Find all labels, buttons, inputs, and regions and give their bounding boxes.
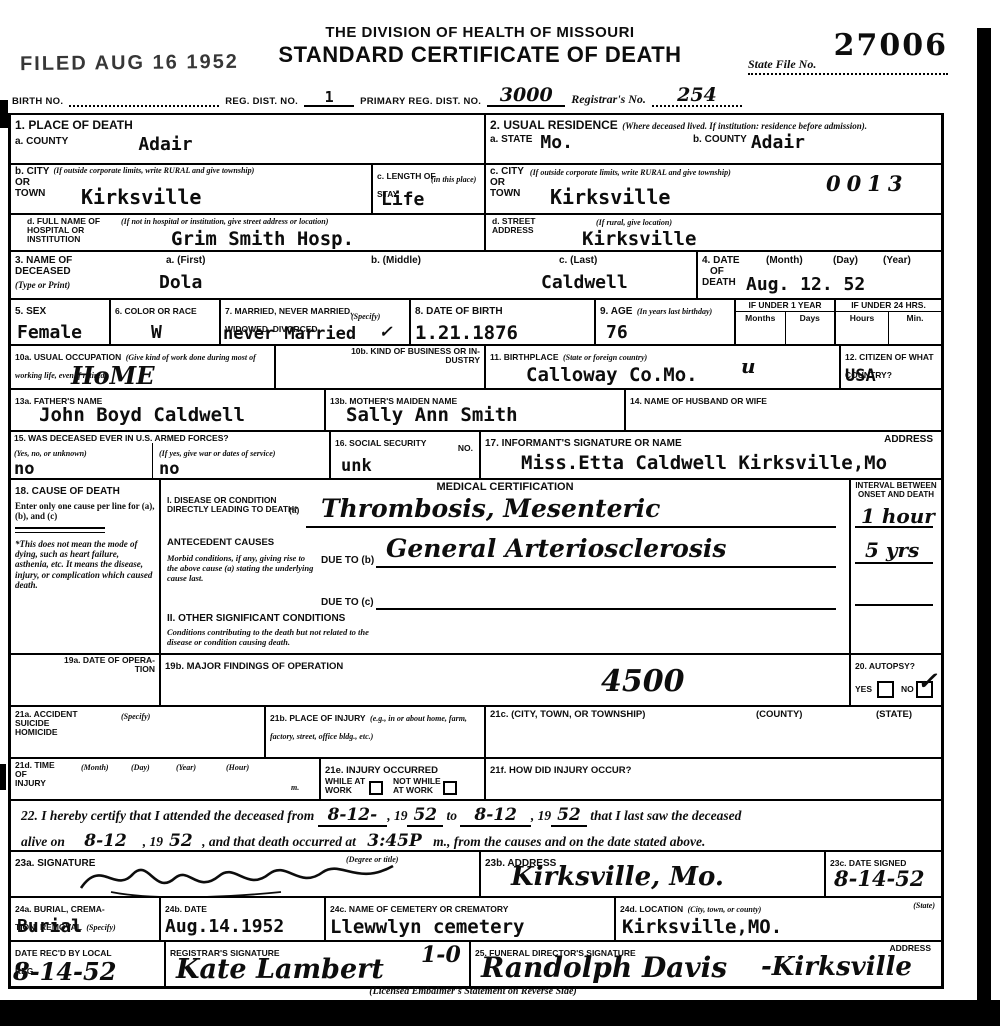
certify-y1: 52 xyxy=(407,805,443,827)
county-label: a. COUNTY xyxy=(15,136,68,154)
cause-note1: Enter only one cause per line for (a), (… xyxy=(15,501,155,522)
injury-hour-label: (Hour) xyxy=(226,763,249,772)
dod-value: Aug. 12. 52 xyxy=(746,276,865,294)
under-1yr-header: IF UNDER 1 YEAR xyxy=(736,300,834,312)
date-received-value: 8-14-52 xyxy=(13,960,116,984)
field-interval: INTERVAL BETWEEN ONSET AND DEATH 1 hour … xyxy=(851,480,941,653)
row-parents-spouse: 13a. FATHER'S NAME John Boyd Caldwell 13… xyxy=(11,390,941,432)
certify-y2: 52 xyxy=(551,805,587,827)
divider xyxy=(15,527,105,533)
certify-to-word: to xyxy=(446,808,457,823)
field-burial-type: 24a. BURIAL, CREMA- TION, REMOVAL (Speci… xyxy=(11,898,161,940)
dod-label-3: DEATH xyxy=(702,277,736,288)
first-name-label: a. (First) xyxy=(166,255,205,266)
field-date-signed: 23c. DATE SIGNED 8-14-52 xyxy=(826,852,941,896)
county-value: Adair xyxy=(138,136,192,154)
row-certify-statement: 22. I hereby certify that I attended the… xyxy=(11,801,941,852)
field-physician-address: 23b. ADDRESS Kirksville, Mo. xyxy=(481,852,826,896)
row-occupation-birthplace: 10a. USUAL OCCUPATION (Give kind of work… xyxy=(11,346,941,390)
sex-value: Female xyxy=(17,324,82,342)
field-sex: 5. SEX Female xyxy=(11,300,111,344)
field-ssn: 16. SOCIAL SECURITY NO. unk xyxy=(331,432,481,478)
accident-note: (Specify) xyxy=(121,712,150,721)
physician-address-value: Kirksville, Mo. xyxy=(511,864,724,890)
field-date-of-operation: 19a. DATE OF OPERA- TION xyxy=(11,655,161,705)
field-place-of-death-county: 1. PLACE OF DEATH a. COUNTY Adair xyxy=(11,115,486,163)
location-state-note: (State) xyxy=(913,901,935,910)
scan-bottom-bar xyxy=(0,1000,1000,1026)
scan-right-bar xyxy=(977,28,991,1000)
funeral-director-address-value: -Kirksville xyxy=(761,954,912,980)
birthplace-value: Calloway Co.Mo. xyxy=(526,366,698,385)
registrar-signature-value: Kate Lambert xyxy=(176,956,384,983)
dod-col-day: (Day) xyxy=(833,255,858,266)
row-hospital-street: d. FULL NAME OF HOSPITAL OR INSTITUTION … xyxy=(11,215,941,252)
while-at-work-label: WHILE AT WORK xyxy=(325,777,365,795)
field-physician-signature: 23a. SIGNATURE (Degree or title) xyxy=(11,852,481,896)
father-value: John Boyd Caldwell xyxy=(39,406,245,425)
dob-value: 1.21.1876 xyxy=(415,324,518,343)
name-label: 3. NAME OF DECEASED xyxy=(15,255,72,277)
injury-day-label: (Day) xyxy=(131,763,150,772)
state-label: a. STATE xyxy=(490,134,532,152)
name-sub-note: (Type or Print) xyxy=(15,280,70,290)
armed-forces-note1: (Yes, no, or unknown) xyxy=(14,449,87,458)
mother-value: Sally Ann Smith xyxy=(346,406,518,425)
injury-city-label: 21c. (CITY, TOWN, OR TOWNSHIP) xyxy=(490,710,645,720)
certify-ypre3: , 19 xyxy=(143,834,163,849)
location-label: 24d. LOCATION xyxy=(620,904,683,914)
certify-from-value: 8-12- xyxy=(318,805,388,827)
dod-col-year: (Year) xyxy=(883,255,911,266)
filed-stamp: FILED AUG 16 1952 xyxy=(20,51,239,76)
field-age: 9. AGE (In years last birthday) 76 xyxy=(596,300,736,344)
row-name-dod: 3. NAME OF DECEASED (Type or Print) a. (… xyxy=(11,252,941,300)
checkmark-icon: ✓ xyxy=(379,324,392,340)
burial-date-value: Aug.14.1952 xyxy=(165,918,284,936)
armed-forces-label: 15. WAS DECEASED EVER IN U.S. ARMED FORC… xyxy=(11,432,329,443)
due-to-b-value: General Arteriosclerosis xyxy=(386,536,726,561)
spouse-label: 14. NAME OF HUSBAND OR WIFE xyxy=(630,396,767,406)
autopsy-yes-checkbox xyxy=(877,681,894,698)
informant-value: Miss.Etta Caldwell Kirksville,Mo xyxy=(521,454,887,473)
due-to-c-line xyxy=(376,588,836,610)
field-date-of-death: 4. DATE OF DEATH (Month) (Day) (Year) Au… xyxy=(698,252,941,298)
row-time-injury: 21d. TIME OF INJURY (Month) (Day) (Year)… xyxy=(11,759,941,801)
days-label: Days xyxy=(786,312,835,344)
disease-label: I. DISEASE OR CONDITION DIRECTLY LEADING… xyxy=(167,496,298,514)
certify-to-value: 8-12 xyxy=(460,805,531,827)
ssn-label: 16. SOCIAL SECURITY xyxy=(335,438,426,448)
row-burial: 24a. BURIAL, CREMA- TION, REMOVAL (Speci… xyxy=(11,898,941,942)
registrar-notation: 1-0 xyxy=(421,944,461,966)
pen-mark: u xyxy=(741,356,756,376)
autopsy-label: 20. AUTOPSY? xyxy=(855,661,915,671)
primary-reg-label: PRIMARY REG. DIST. NO. xyxy=(360,96,481,107)
cemetery-value: Llewwlyn cemetery xyxy=(330,918,524,937)
row-place-residence-2: b. CITY OR TOWN (If outside corporate li… xyxy=(11,165,941,215)
field-cemetery-location: 24d. LOCATION (City, town, or county) (S… xyxy=(616,898,941,940)
hospital-value: Grim Smith Hosp. xyxy=(171,230,354,249)
first-name-value: Dola xyxy=(159,274,202,292)
state-file-block: 27006 State File No. xyxy=(748,28,948,75)
age-value: 76 xyxy=(606,324,628,342)
interval-b-line xyxy=(855,546,933,564)
armed-forces-value2: no xyxy=(159,461,275,478)
field-hospital-name: d. FULL NAME OF HOSPITAL OR INSTITUTION … xyxy=(11,215,486,250)
dod-label-2: OF xyxy=(710,266,724,277)
informant-label: 17. INFORMANT'S SIGNATURE OR NAME xyxy=(485,438,682,449)
field-medical-certification: MEDICAL CERTIFICATION I. DISEASE OR COND… xyxy=(161,480,851,653)
marital-note: (Specify) xyxy=(351,312,380,321)
business-label: 10b. KIND OF BUSINESS OR IN- DUSTRY xyxy=(280,347,480,365)
hours-label: Hours xyxy=(836,312,889,344)
months-label: Months xyxy=(736,312,786,344)
field-street-address: d. STREET ADDRESS (If rural, give locati… xyxy=(486,215,941,250)
physician-signature xyxy=(71,856,401,896)
autopsy-checkmark-icon: ✓ xyxy=(917,669,937,693)
race-label: 6. COLOR OR RACE xyxy=(115,306,197,316)
location-note: (City, town, or county) xyxy=(688,905,762,914)
row-forces-ssn-informant: 15. WAS DECEASED EVER IN U.S. ARMED FORC… xyxy=(11,432,941,480)
certify-y3: 52 xyxy=(163,831,199,850)
due-to-c-label: DUE TO (c) xyxy=(321,598,374,609)
antecedent-note: Morbid conditions, if any, giving rise t… xyxy=(167,554,317,583)
field-date-received: DATE REC'D BY LOCAL REG. 8-14-52 xyxy=(11,942,166,986)
age-note: (In years last birthday) xyxy=(637,307,712,316)
last-name-label: c. (Last) xyxy=(559,255,597,266)
field-autopsy: 20. AUTOPSY? YES NO ✓ xyxy=(851,655,941,705)
field-spouse-name: 14. NAME OF HUSBAND OR WIFE xyxy=(626,390,941,430)
certify-time-value: 3:45P xyxy=(359,831,430,850)
title-line2: STANDARD CERTIFICATE OF DEATH xyxy=(250,42,710,68)
field-injury-city-county-state: 21c. (CITY, TOWN, OR TOWNSHIP) (COUNTY) … xyxy=(486,707,941,757)
accident-label: 21a. ACCIDENT SUICIDE HOMICIDE xyxy=(15,710,78,738)
street-address-label: d. STREET ADDRESS xyxy=(492,217,535,235)
injury-month-label: (Month) xyxy=(81,763,109,772)
res-county-label: b. COUNTY xyxy=(693,134,747,152)
scan-left-mark-top xyxy=(0,100,8,128)
length-of-stay-note: (in this place) xyxy=(431,175,476,184)
hospital-note: (If not in hospital or institution, give… xyxy=(121,217,328,226)
sex-label: 5. SEX xyxy=(15,306,46,317)
field-armed-forces: 15. WAS DECEASED EVER IN U.S. ARMED FORC… xyxy=(11,432,331,478)
state-value: Mo. xyxy=(540,134,573,152)
field-place-city: b. CITY OR TOWN (If outside corporate li… xyxy=(11,165,373,213)
place-of-death-title: 1. PLACE OF DEATH xyxy=(15,118,133,132)
medical-certification-title: MEDICAL CERTIFICATION xyxy=(165,481,845,493)
dod-col-month: (Month) xyxy=(766,255,803,266)
field-major-findings: 19b. MAJOR FINDINGS OF OPERATION 4500 xyxy=(161,655,851,705)
usual-residence-title: 2. USUAL RESIDENCE xyxy=(490,118,618,132)
how-injury-label: 21f. HOW DID INJURY OCCUR? xyxy=(490,765,631,776)
under-24hrs-header: IF UNDER 24 HRS. xyxy=(836,300,941,312)
not-while-at-work-label: NOT WHILE AT WORK xyxy=(393,777,441,795)
injury-occurred-label: 21e. INJURY OCCURRED xyxy=(325,765,438,776)
certify-p2: that I last saw the deceased xyxy=(590,808,741,823)
res-city-handwritten-code: 0013 xyxy=(826,173,908,194)
field-mother-name: 13b. MOTHER'S MAIDEN NAME Sally Ann Smit… xyxy=(326,390,626,430)
injury-place-label: 21b. PLACE OF INJURY xyxy=(270,713,366,723)
location-value: Kirksville,MO. xyxy=(622,918,782,937)
title-line1: THE DIVISION OF HEALTH OF MISSOURI xyxy=(270,24,690,41)
injury-year-label: (Year) xyxy=(176,763,196,772)
row-physician: 23a. SIGNATURE (Degree or title) 23b. AD… xyxy=(11,852,941,898)
birth-no-label: BIRTH NO. xyxy=(12,96,63,107)
citizen-value: USA xyxy=(845,368,876,385)
row-registrar-funeral: DATE REC'D BY LOCAL REG. 8-14-52 REGISTR… xyxy=(11,942,941,986)
min-label: Min. xyxy=(889,312,941,344)
field-time-of-injury: 21d. TIME OF INJURY (Month) (Day) (Year)… xyxy=(11,759,321,799)
field-name-of-deceased: 3. NAME OF DECEASED (Type or Print) a. (… xyxy=(11,252,698,298)
embalmer-footer: (Licensed Embalmer's Statement on Revers… xyxy=(8,986,938,997)
row-sex-race-marital-dob-age: 5. SEX Female 6. COLOR OR RACE W 7. MARR… xyxy=(11,300,941,346)
antecedent-label: ANTECEDENT CAUSES xyxy=(167,538,274,548)
burial-note: (Specify) xyxy=(86,923,115,932)
cause-label: 18. CAUSE OF DEATH xyxy=(15,486,120,497)
field-age-under-1yr: IF UNDER 1 YEAR Months Days xyxy=(736,300,836,344)
certify-p5: m., from the causes and on the date stat… xyxy=(433,834,705,849)
field-kind-of-business: 10b. KIND OF BUSINESS OR IN- DUSTRY xyxy=(276,346,486,388)
findings-value: 4500 xyxy=(601,667,685,697)
ssn-label2: NO. xyxy=(458,444,473,453)
certify-ypre1: , 19 xyxy=(387,808,407,823)
certify-p3: alive on xyxy=(21,834,65,849)
hospital-label: d. FULL NAME OF HOSPITAL OR INSTITUTION xyxy=(27,217,100,245)
informant-address-label: ADDRESS xyxy=(884,434,933,445)
street-address-value: Kirksville xyxy=(582,230,696,249)
field-how-injury-occurred: 21f. HOW DID INJURY OCCUR? xyxy=(486,759,941,799)
operation-date-label: 19a. DATE OF OPERA- TION xyxy=(15,656,155,674)
res-city-label: c. CITY OR TOWN xyxy=(490,166,524,200)
usual-residence-note: (Where deceased lived. If institution: r… xyxy=(622,121,867,131)
field-place-of-injury: 21b. PLACE OF INJURY (e.g., in or about … xyxy=(266,707,486,757)
certify-ypre2: , 19 xyxy=(531,808,551,823)
row-accident-place-city: 21a. ACCIDENT SUICIDE HOMICIDE (Specify)… xyxy=(11,707,941,759)
cause-note2: *This does not mean the mode of dying, s… xyxy=(15,539,155,591)
primary-reg-value: 3000 xyxy=(487,86,565,107)
other-conditions-note: Conditions contributing to the death but… xyxy=(167,628,387,648)
field-usual-occupation: 10a. USUAL OCCUPATION (Give kind of work… xyxy=(11,346,276,388)
registrar-no-value: 254 xyxy=(652,86,742,107)
field-length-of-stay: c. LENGTH OF STAY (in this place) Life xyxy=(373,165,486,213)
race-value: W xyxy=(151,324,162,342)
interval-a-line xyxy=(855,510,933,528)
injury-m-label: m. xyxy=(291,783,299,792)
certificate-table: 1. PLACE OF DEATH a. COUNTY Adair 2. USU… xyxy=(8,113,944,989)
street-address-note: (If rural, give location) xyxy=(596,218,672,227)
injury-county-label: (COUNTY) xyxy=(756,710,802,720)
field-citizen: 12. CITIZEN OF WHAT COUNTRY? USA xyxy=(841,346,941,388)
field-date-of-birth: 8. DATE OF BIRTH 1.21.1876 xyxy=(411,300,596,344)
field-residence-city: c. CITY OR TOWN (If outside corporate li… xyxy=(486,165,941,213)
field-accident-suicide-homicide: 21a. ACCIDENT SUICIDE HOMICIDE (Specify) xyxy=(11,707,266,757)
row-place-residence-1: 1. PLACE OF DEATH a. COUNTY Adair 2. USU… xyxy=(11,115,941,165)
other-conditions-label: II. OTHER SIGNIFICANT CONDITIONS xyxy=(167,614,345,625)
certify-p4: , and that death occurred at xyxy=(202,834,356,849)
registration-line: BIRTH NO. REG. DIST. NO. 1 PRIMARY REG. … xyxy=(12,86,942,107)
field-birthplace: 11. BIRTHPLACE (State or foreign country… xyxy=(486,346,841,388)
field-cause-of-death-notes: 18. CAUSE OF DEATH Enter only one cause … xyxy=(11,480,161,653)
armed-forces-note2: (If yes, give war or dates of service) xyxy=(159,449,275,458)
birthplace-note: (State or foreign country) xyxy=(563,353,647,362)
state-file-label: State File No. xyxy=(748,57,816,71)
funeral-director-signature: Randolph Davis xyxy=(481,954,727,982)
field-certify-statement: 22. I hereby certify that I attended the… xyxy=(11,801,941,850)
burial-value: Burial xyxy=(17,918,82,936)
place-city-value: Kirksville xyxy=(81,187,201,207)
interval-label: INTERVAL BETWEEN ONSET AND DEATH xyxy=(853,482,939,499)
field-age-under-24hrs: IF UNDER 24 HRS. Hours Min. xyxy=(836,300,941,344)
burial-date-label: 24b. DATE xyxy=(165,904,207,914)
row-cause-of-death: 18. CAUSE OF DEATH Enter only one cause … xyxy=(11,480,941,655)
injury-state-label: (STATE) xyxy=(876,710,912,720)
birthplace-label: 11. BIRTHPLACE xyxy=(490,352,559,362)
dod-label-1: 4. DATE xyxy=(702,255,740,266)
armed-forces-value1: no xyxy=(14,461,149,478)
due-to-b-label: DUE TO (b) xyxy=(321,556,374,567)
middle-name-label: b. (Middle) xyxy=(371,255,421,266)
registrar-no-label: Registrar's No. xyxy=(571,92,646,107)
length-of-stay-value: Life xyxy=(381,191,424,209)
interval-c-line xyxy=(855,588,933,606)
field-funeral-director: 25. FUNERAL DIRECTOR'S SIGNATURE ADDRESS… xyxy=(471,942,941,986)
place-city-label: b. CITY OR TOWN xyxy=(15,166,49,200)
not-while-at-work-checkbox xyxy=(443,781,457,795)
age-label: 9. AGE xyxy=(600,306,632,317)
field-injury-occurred: 21e. INJURY OCCURRED WHILE AT WORK NOT W… xyxy=(321,759,486,799)
res-county-value: Adair xyxy=(751,134,805,152)
scan-left-mark-mid xyxy=(0,764,6,790)
field-marital-status: 7. MARRIED, NEVER MARRIED, WIDOWED, DIVO… xyxy=(221,300,411,344)
reg-dist-label: REG. DIST. NO. xyxy=(225,96,298,107)
while-at-work-checkbox xyxy=(369,781,383,795)
reg-dist-value: 1 xyxy=(304,90,354,107)
disease-a-label: (a) xyxy=(289,506,299,515)
field-usual-residence-state-county: 2. USUAL RESIDENCE (Where deceased lived… xyxy=(486,115,941,163)
findings-label: 19b. MAJOR FINDINGS OF OPERATION xyxy=(165,661,343,672)
cemetery-label: 24c. NAME OF CEMETERY OR CREMATORY xyxy=(330,904,508,914)
field-father-name: 13a. FATHER'S NAME John Boyd Caldwell xyxy=(11,390,326,430)
certify-alive-value: 8-12 xyxy=(68,831,143,850)
autopsy-yes-label: YES xyxy=(855,685,872,694)
birth-no-blank xyxy=(69,87,219,107)
field-color-race: 6. COLOR OR RACE W xyxy=(111,300,221,344)
field-cemetery-name: 24c. NAME OF CEMETERY OR CREMATORY Lleww… xyxy=(326,898,616,940)
field-registrar-signature: REGISTRAR'S SIGNATURE Kate Lambert 1-0 xyxy=(166,942,471,986)
last-name-value: Caldwell xyxy=(541,274,628,292)
occupation-value: HoME xyxy=(71,364,155,388)
res-city-value: Kirksville xyxy=(550,187,670,207)
dob-label: 8. DATE OF BIRTH xyxy=(415,306,503,317)
autopsy-no-label: NO xyxy=(901,685,914,694)
injury-time-label: 21d. TIME OF INJURY xyxy=(15,761,55,789)
date-signed-value: 8-14-52 xyxy=(834,868,925,889)
disease-value: Thrombosis, Mesenteric xyxy=(321,496,660,521)
field-informant: 17. INFORMANT'S SIGNATURE OR NAME ADDRES… xyxy=(481,432,941,478)
field-burial-date: 24b. DATE Aug.14.1952 xyxy=(161,898,326,940)
certify-p1: 22. I hereby certify that I attended the… xyxy=(21,808,314,823)
ssn-value: unk xyxy=(341,458,372,475)
marital-value: never Married xyxy=(223,326,356,343)
row-operation-autopsy: 19a. DATE OF OPERA- TION 19b. MAJOR FIND… xyxy=(11,655,941,707)
